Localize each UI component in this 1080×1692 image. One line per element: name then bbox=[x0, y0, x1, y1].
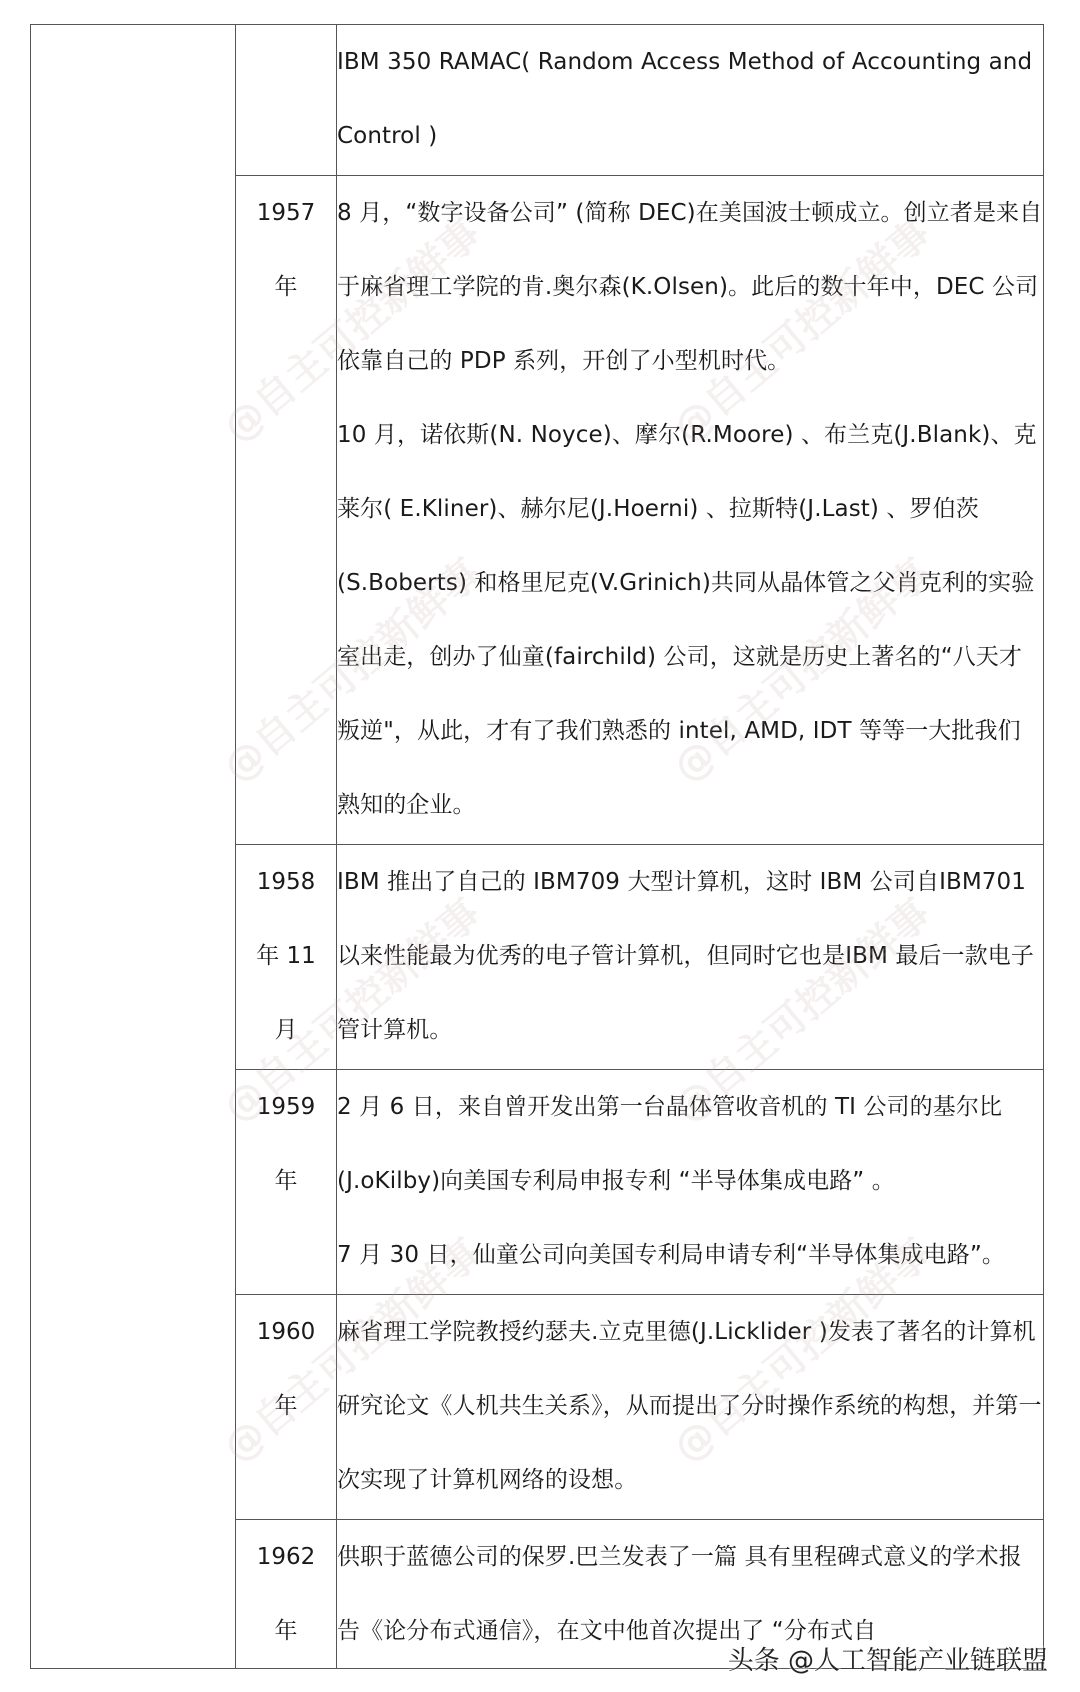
year-cell: 1960 年 bbox=[236, 1295, 337, 1520]
event-paragraph: 2 月 6 日，来自曾开发出第一台晶体管收音机的 TI 公司的基尔比(J.oKi… bbox=[337, 1070, 1043, 1218]
year-cell: 1959 年 bbox=[236, 1070, 337, 1295]
event-paragraph: 麻省理工学院教授约瑟夫.立克里德(J.Licklider )发表了著名的计算机研… bbox=[337, 1295, 1043, 1517]
year-line: 年 bbox=[236, 250, 336, 324]
event-text-cell: 麻省理工学院教授约瑟夫.立克里德(J.Licklider )发表了著名的计算机研… bbox=[337, 1295, 1044, 1520]
year-line: 年 bbox=[236, 1594, 336, 1668]
event-paragraph: 7 月 30 日，仙童公司向美国专利局申请专利“半导体集成电路”。 bbox=[337, 1218, 1043, 1292]
year-cell bbox=[236, 25, 337, 176]
year-line: 年 bbox=[236, 1144, 336, 1218]
event-paragraph: 10 月，诺依斯(N. Noyce)、摩尔(R.Moore) 、布兰克(J.Bl… bbox=[337, 398, 1043, 842]
year-cell: 1957 年 bbox=[236, 176, 337, 845]
event-text-cell: IBM 推出了自己的 IBM709 大型计算机，这时 IBM 公司自IBM701… bbox=[337, 845, 1044, 1070]
year-line: 1957 bbox=[236, 176, 336, 250]
history-timeline-table: IBM 350 RAMAC( Random Access Method of A… bbox=[30, 24, 1044, 1669]
document-page: IBM 350 RAMAC( Random Access Method of A… bbox=[30, 24, 1043, 1669]
year-cell: 1962 年 bbox=[236, 1520, 337, 1669]
event-text-cell: IBM 350 RAMAC( Random Access Method of A… bbox=[337, 25, 1044, 176]
year-line: 1962 bbox=[236, 1520, 336, 1594]
event-paragraph: IBM 推出了自己的 IBM709 大型计算机，这时 IBM 公司自IBM701… bbox=[337, 845, 1043, 1067]
event-text-cell: 2 月 6 日，来自曾开发出第一台晶体管收音机的 TI 公司的基尔比(J.oKi… bbox=[337, 1070, 1044, 1295]
year-line: 月 bbox=[236, 993, 336, 1067]
event-paragraph: IBM 350 RAMAC( Random Access Method of A… bbox=[337, 25, 1043, 173]
year-cell: 1958 年 11 月 bbox=[236, 845, 337, 1070]
blank-category-cell bbox=[31, 25, 236, 1669]
year-line: 年 11 bbox=[236, 919, 336, 993]
source-credit: 头条 @人工智能产业链联盟 bbox=[728, 1640, 1048, 1677]
event-text-cell: 8 月，“数字设备公司” (简称 DEC)在美国波士顿成立。创立者是来自于麻省理… bbox=[337, 176, 1044, 845]
year-line: 1958 bbox=[236, 845, 336, 919]
year-line: 1959 bbox=[236, 1070, 336, 1144]
event-paragraph: 8 月，“数字设备公司” (简称 DEC)在美国波士顿成立。创立者是来自于麻省理… bbox=[337, 176, 1043, 398]
year-line: 年 bbox=[236, 1369, 336, 1443]
table-row: IBM 350 RAMAC( Random Access Method of A… bbox=[31, 25, 1044, 176]
year-line: 1960 bbox=[236, 1295, 336, 1369]
